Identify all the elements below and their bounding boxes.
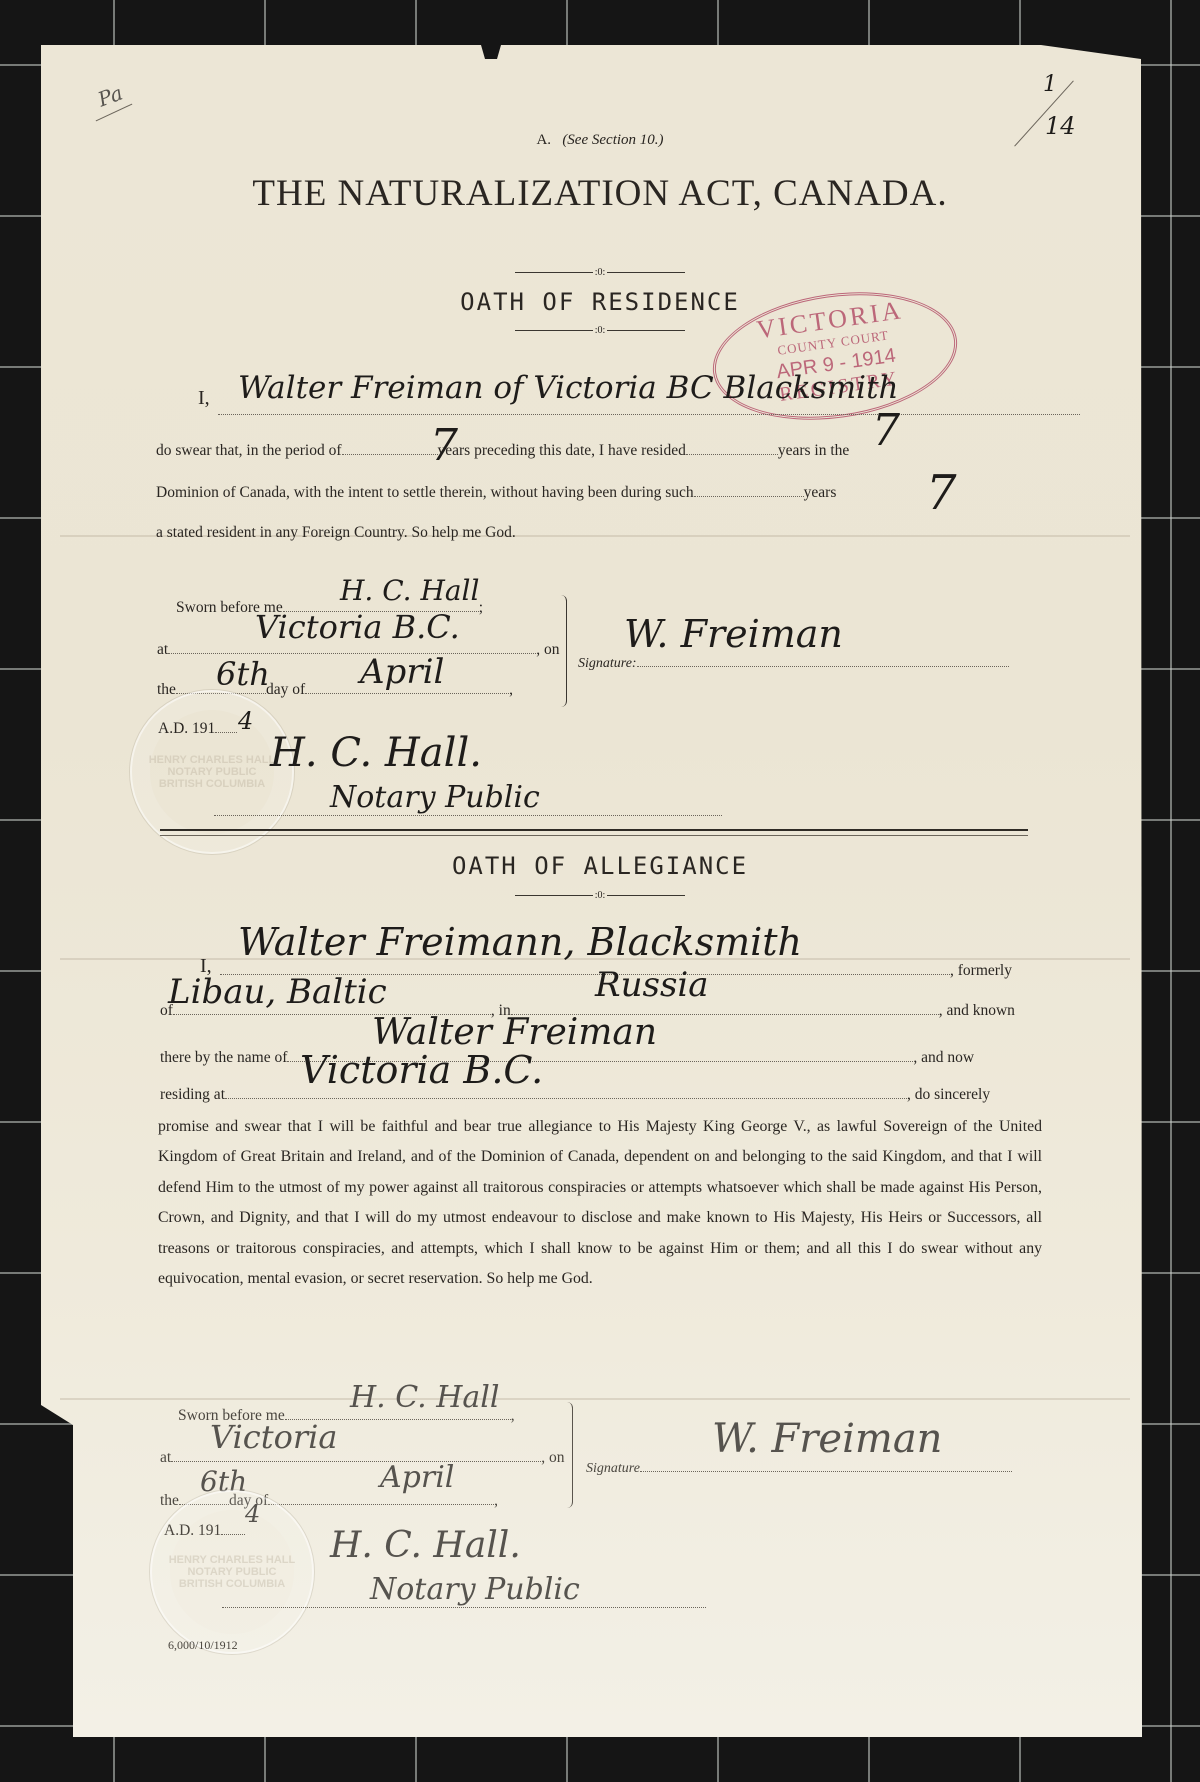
residence-intro-field[interactable] [218,414,1080,415]
section-reference: (See Section 10.) [562,132,663,148]
foreign-years-value: 7 [926,465,957,521]
print-code: 6,000/10/1912 [168,1638,238,1653]
document-title: THE NATURALIZATION ACT, CANADA. [0,172,1200,215]
notary-embossed-seal-2: HENRY CHARLES HALL NOTARY PUBLIC BRITISH… [150,1490,314,1654]
ornament-divider: :0: [515,323,685,337]
section-separator-thin [160,835,1028,836]
sworn-month-value-2: April [380,1460,454,1495]
notary-title: Notary Public [330,780,540,815]
sworn-day-value: 6th [216,655,270,693]
ad-year-digit: 4 [238,707,253,735]
sworn-before-value: H. C. Hall [340,574,479,607]
residence-line-1: do swear that, in the period ofyears pre… [156,440,849,460]
notary-title-2: Notary Public [370,1572,580,1607]
folio-number-top: 1 [1043,72,1057,97]
allegiance-residing-row: residing at, do sincerely [160,1084,990,1104]
period-years-value: 7 [430,420,458,471]
resided-years-value: 7 [872,405,900,456]
notary-signature-line [214,815,722,816]
section-separator [160,829,1028,831]
allegiance-oath-body: promise and swear that I will be faithfu… [158,1112,1042,1294]
residence-intro-label: I, [198,387,210,410]
residence-line-2: Dominion of Canada, with the intent to s… [156,482,836,502]
sworn-month-value: April [360,652,444,692]
known-name-value: Walter Freiman [372,1012,657,1053]
allegiance-signature: W. Freiman [712,1416,942,1462]
notary-signature: H. C. Hall. [270,730,482,776]
ornament-divider: :0: [515,888,685,902]
sworn-bracket-2 [566,1402,573,1508]
ornament-divider: :0: [515,265,685,279]
form-letter: A. [536,132,551,148]
allegiance-name-value: Walter Freimann, Blacksmith [238,920,802,964]
sworn-at-value-2: Victoria [210,1418,337,1456]
former-country-value: Russia [595,965,709,1005]
ad-year-digit-2: 4 [245,1500,260,1528]
ad-year-row-2: A.D. 191 [164,1520,245,1540]
sworn-before-value-2: H. C. Hall [350,1380,499,1415]
former-place-value: Libau, Baltic [168,972,387,1012]
residence-signature: W. Freiman [624,612,843,656]
allegiance-heading: OATH OF ALLEGIANCE [0,852,1200,880]
residing-value: Victoria B.C. [300,1048,543,1092]
residence-line-3: a stated resident in any Foreign Country… [156,524,516,542]
residence-intro-value: Walter Freiman of Victoria BC Blacksmith [238,370,899,406]
form-section-label: A. (See Section 10.) [0,132,1200,149]
sworn-bracket [560,595,567,707]
fold-crease [60,1398,1130,1400]
ad-year-row: A.D. 191 [158,718,237,738]
notary-signature-line-2 [222,1607,706,1608]
notary-signature-2: H. C. Hall. [330,1525,521,1566]
residence-heading: OATH OF RESIDENCE [0,288,1200,316]
sworn-at-value: Victoria B.C. [255,608,460,646]
